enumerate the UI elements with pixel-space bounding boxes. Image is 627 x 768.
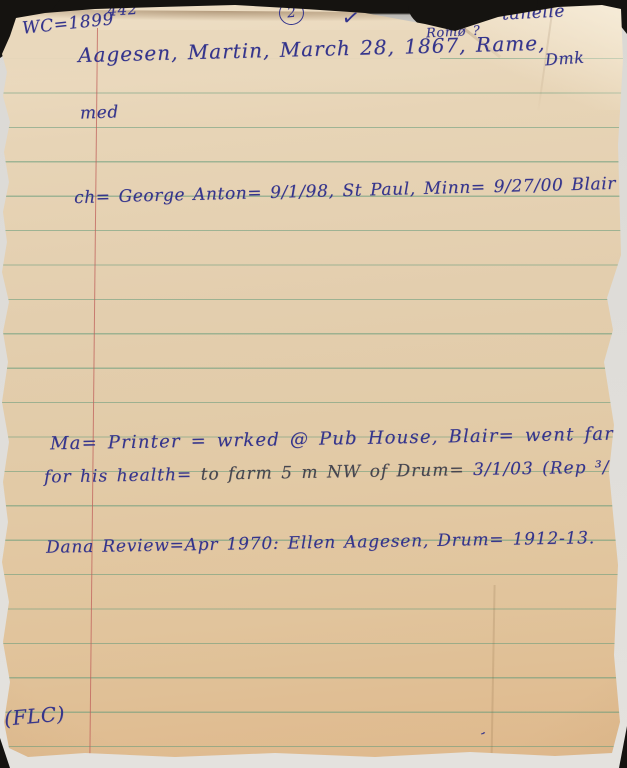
- file-number: .442: [101, 0, 138, 20]
- work-line-2a: for his health=: [44, 465, 193, 488]
- paper-sheet: WC=1899 .442 2 ✓ tanelle Aagesen, Martin…: [0, 0, 627, 768]
- work-line-2c: 3/1/03 (Rep ³/19/03): [473, 457, 627, 480]
- marital-status: med: [80, 102, 120, 123]
- scanner-background-shape: [619, 726, 627, 768]
- circled-page-number: 2: [278, 0, 305, 26]
- checkmark-icon: ✓: [340, 5, 362, 32]
- scanned-card: WC=1899 .442 2 ✓ tanelle Aagesen, Martin…: [0, 0, 627, 768]
- country-abbreviation: Dmk: [544, 48, 585, 70]
- page-number: 2: [286, 5, 297, 22]
